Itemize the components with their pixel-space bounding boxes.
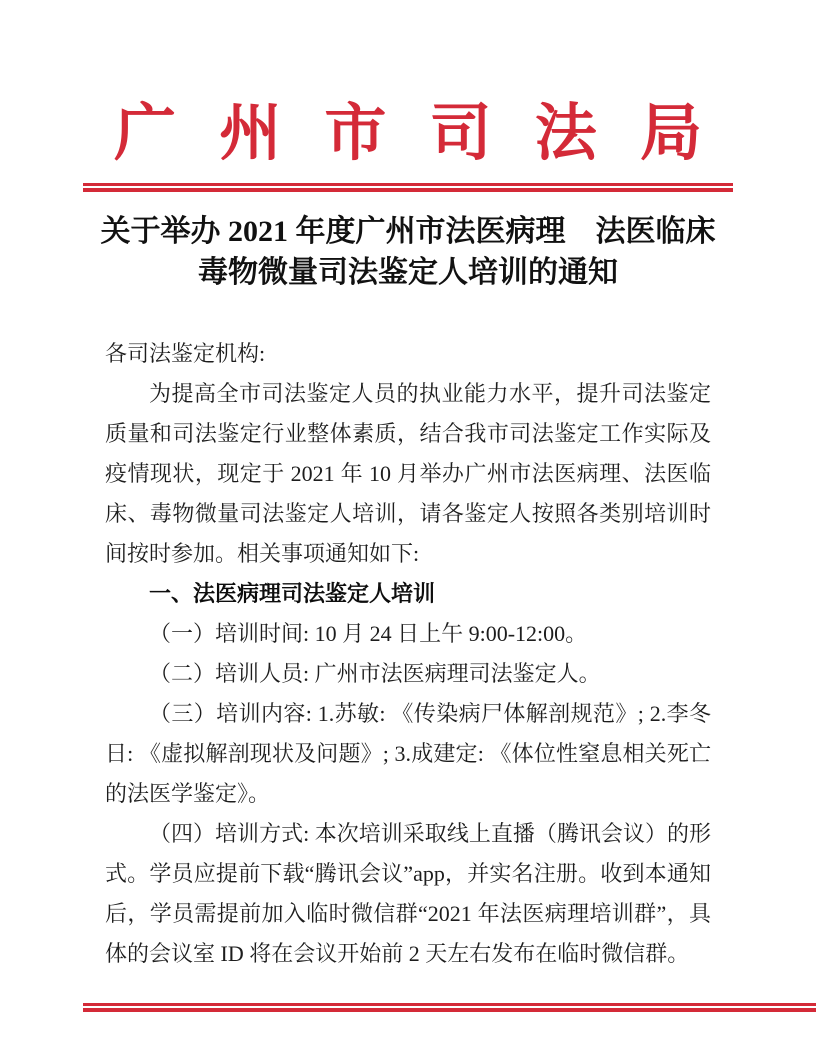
document-page: 广 州 市 司 法 局 关于举办 2021 年度广州市法医病理 法医临床 毒物微…: [83, 0, 733, 974]
item-training-time: （一）培训时间: 10 月 24 日上午 9:00-12:00。: [105, 614, 711, 654]
divider-thick-line: [83, 188, 733, 192]
agency-masthead: 广 州 市 司 法 局: [114, 100, 702, 168]
intro-paragraph: 为提高全市司法鉴定人员的执业能力水平，提升司法鉴定质量和司法鉴定行业整体素质，结…: [105, 374, 711, 574]
header-divider-rule: [83, 183, 733, 192]
item-training-attendees: （二）培训人员: 广州市法医病理司法鉴定人。: [105, 654, 711, 694]
footer-divider-rule: [83, 1003, 816, 1012]
document-title-line2: 毒物微量司法鉴定人培训的通知: [83, 252, 733, 293]
document-title: 关于举办 2021 年度广州市法医病理 法医临床 毒物微量司法鉴定人培训的通知: [83, 211, 733, 293]
agency-char: 局: [640, 100, 702, 168]
agency-char: 市: [324, 100, 386, 168]
divider-thick-line: [83, 1008, 816, 1012]
salutation: 各司法鉴定机构:: [105, 334, 711, 374]
agency-char: 司: [430, 100, 492, 168]
agency-char: 法: [535, 100, 597, 168]
agency-char: 州: [219, 100, 281, 168]
document-title-line1: 关于举办 2021 年度广州市法医病理 法医临床: [83, 211, 733, 252]
item-training-content: （三）培训内容: 1.苏敏: 《传染病尸体解剖规范》; 2.李冬日: 《虚拟解剖…: [105, 694, 711, 814]
section-heading-1: 一、法医病理司法鉴定人培训: [105, 574, 711, 614]
document-body: 各司法鉴定机构: 为提高全市司法鉴定人员的执业能力水平，提升司法鉴定质量和司法鉴…: [83, 334, 733, 974]
item-training-method: （四）培训方式: 本次培训采取线上直播（腾讯会议）的形式。学员应提前下载“腾讯会…: [105, 814, 711, 974]
agency-char: 广: [114, 100, 176, 168]
